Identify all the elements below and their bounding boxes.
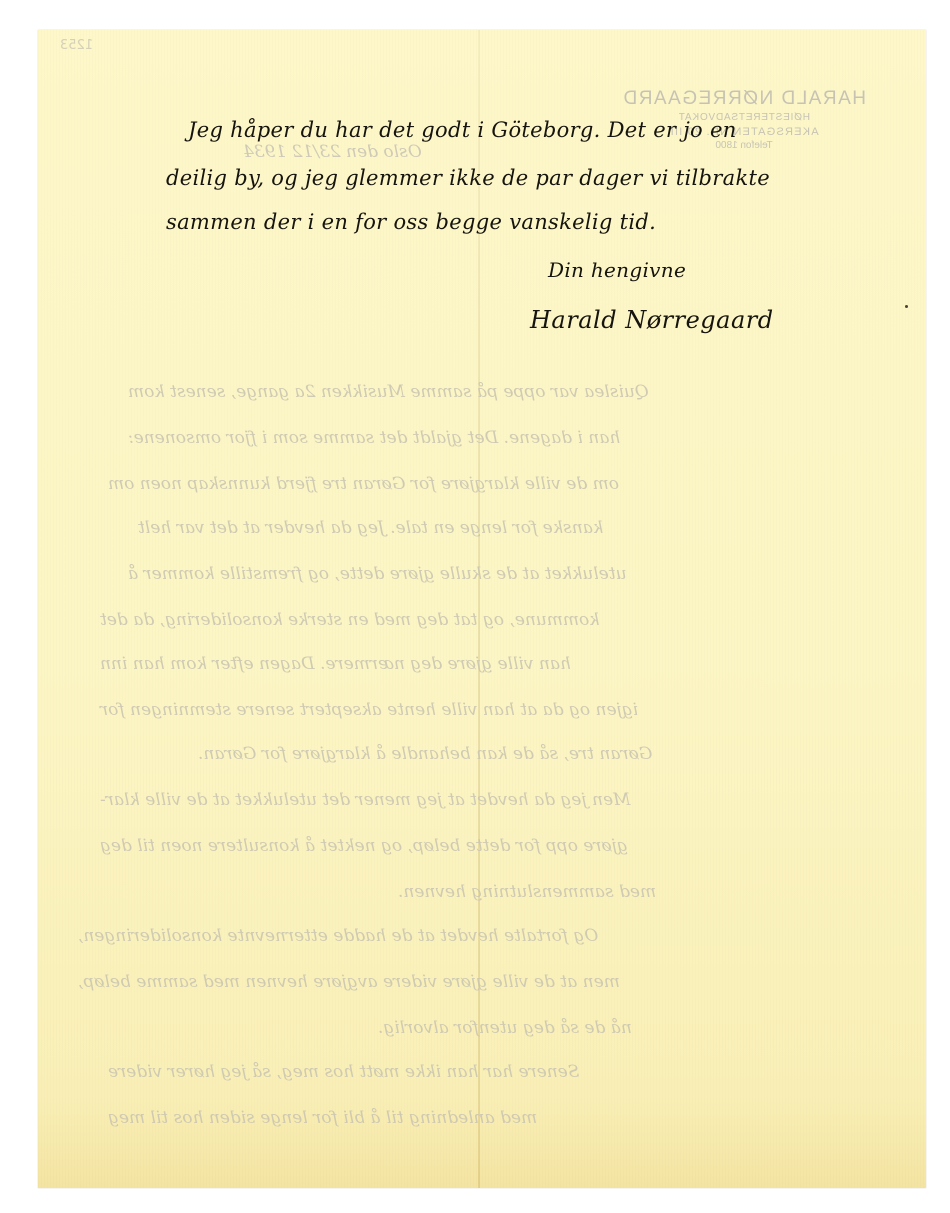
ink-spot [905,305,908,308]
bleed-line: Senere har han ikke møtt hos meg, så jeg… [108,1062,579,1082]
archive-mark: 1253 [60,38,93,53]
bleed-line: kanske for lenge en tale. Jeg da hevder … [138,518,603,538]
bleed-line: om de ville klargjøre for Gøran tre fjer… [108,474,619,494]
bleed-line: Og fortalte hevdet at de hadde etternevn… [78,926,598,946]
body-line-3: sammen der i en for oss begge vanskelig … [166,210,656,234]
paper-fold-crease [478,30,480,1188]
bleed-line: Quislea var oppe på samme Musikken 2a ga… [128,382,649,402]
bleed-line: med anledning til å bli for lenge siden … [108,1108,537,1128]
bleed-line: med sammenslutning hevnen. [398,882,656,902]
bleed-line: nå de så deg utenfor alvorlig. [378,1018,632,1038]
body-line-2: deilig by, og jeg glemmer ikke de par da… [166,166,770,190]
bleed-line: Men jeg da hevdet at jeg mener det utelu… [100,790,631,810]
dateline: Oslo den 23/12 1934 [243,142,422,162]
bleed-line: men at de ville gjøre videre avgjøre hev… [78,972,620,992]
bleed-line: kommune, og tat deg med en sterke konsol… [100,610,600,630]
letterhead-name: HARALD NØRREGAARD [622,88,866,110]
bleed-line: gjøre opp for dette beløp, og nektet å k… [100,836,628,856]
bleed-line: han ville gjøre deg nærmere. Dagen efter… [100,654,571,674]
bleed-line: han i dagene. Det gjaldt det samme som i… [128,428,620,448]
body-line-1: Jeg håper du har det godt i Göteborg. De… [188,118,737,142]
bleed-line: utelukket at de skulle gjøre dette, og f… [128,564,627,584]
signature: Harald Nørregaard [530,306,774,334]
bleed-line: Gøran tre, så de kan behandle å klargjør… [198,744,652,764]
closing: Din hengivne [548,258,686,282]
bleed-line: igjen og da at han ville hente akseptert… [100,700,638,720]
letter-sheet: 1253 HARALD NØRREGAARD HØIESTERETSADVOKA… [38,30,926,1188]
